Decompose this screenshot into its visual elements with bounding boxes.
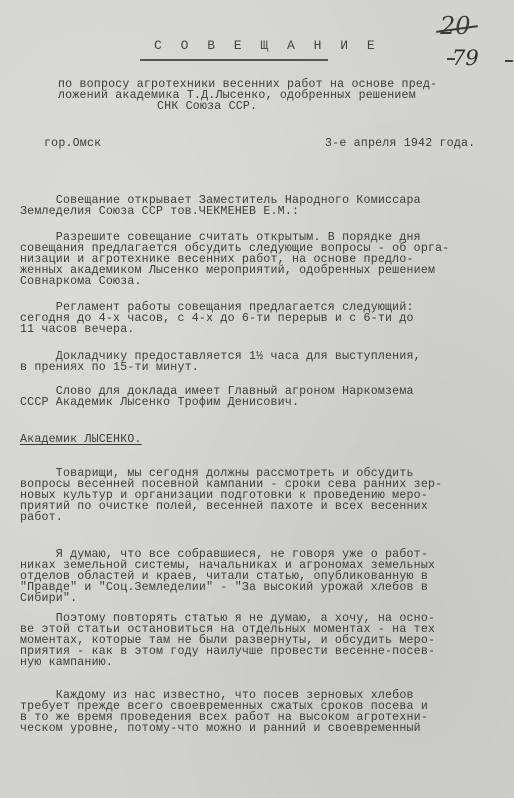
- speech-line: приятий по очистке полей, весенней пахот…: [20, 501, 428, 512]
- speaker-heading: Академик ЛЫСЕНКО.: [20, 434, 142, 445]
- paragraph-line: 11 часов вечера.: [20, 324, 135, 335]
- document-page: 20 79 С О В Е Щ А Н И Е по вопросу агрот…: [0, 0, 514, 798]
- paragraph-line: Земледелия Союза ССР тов.ЧЕКМЕНЕВ Е.М.:: [20, 206, 299, 217]
- speech-line: работ.: [20, 512, 63, 523]
- date: 3-е апреля 1942 года.: [325, 138, 475, 149]
- speech-line: ную кампанию.: [20, 657, 113, 668]
- speech-line: "Правде" и "Соц.Земледелии" - "За высоки…: [20, 582, 428, 593]
- speech-line: ческом уровне, потому-что можно и ранний…: [20, 723, 421, 734]
- place: гор.Омск: [44, 138, 101, 149]
- title-underline: [140, 59, 328, 61]
- old-page-number: 20: [440, 12, 471, 40]
- paragraph-line: СССР Академик Лысенко Трофим Денисович.: [20, 397, 299, 408]
- new-page-number: 79: [452, 46, 479, 70]
- page-number-dash: [505, 60, 513, 62]
- subtitle-line: СНК Союза ССР.: [157, 101, 257, 112]
- document-title: С О В Е Щ А Н И Е: [154, 38, 380, 53]
- paragraph-line: Совнаркома Союза.: [20, 276, 142, 287]
- speech-line: Сибири".: [20, 593, 77, 604]
- paragraph-line: в прениях по 15-ти минут.: [20, 362, 199, 373]
